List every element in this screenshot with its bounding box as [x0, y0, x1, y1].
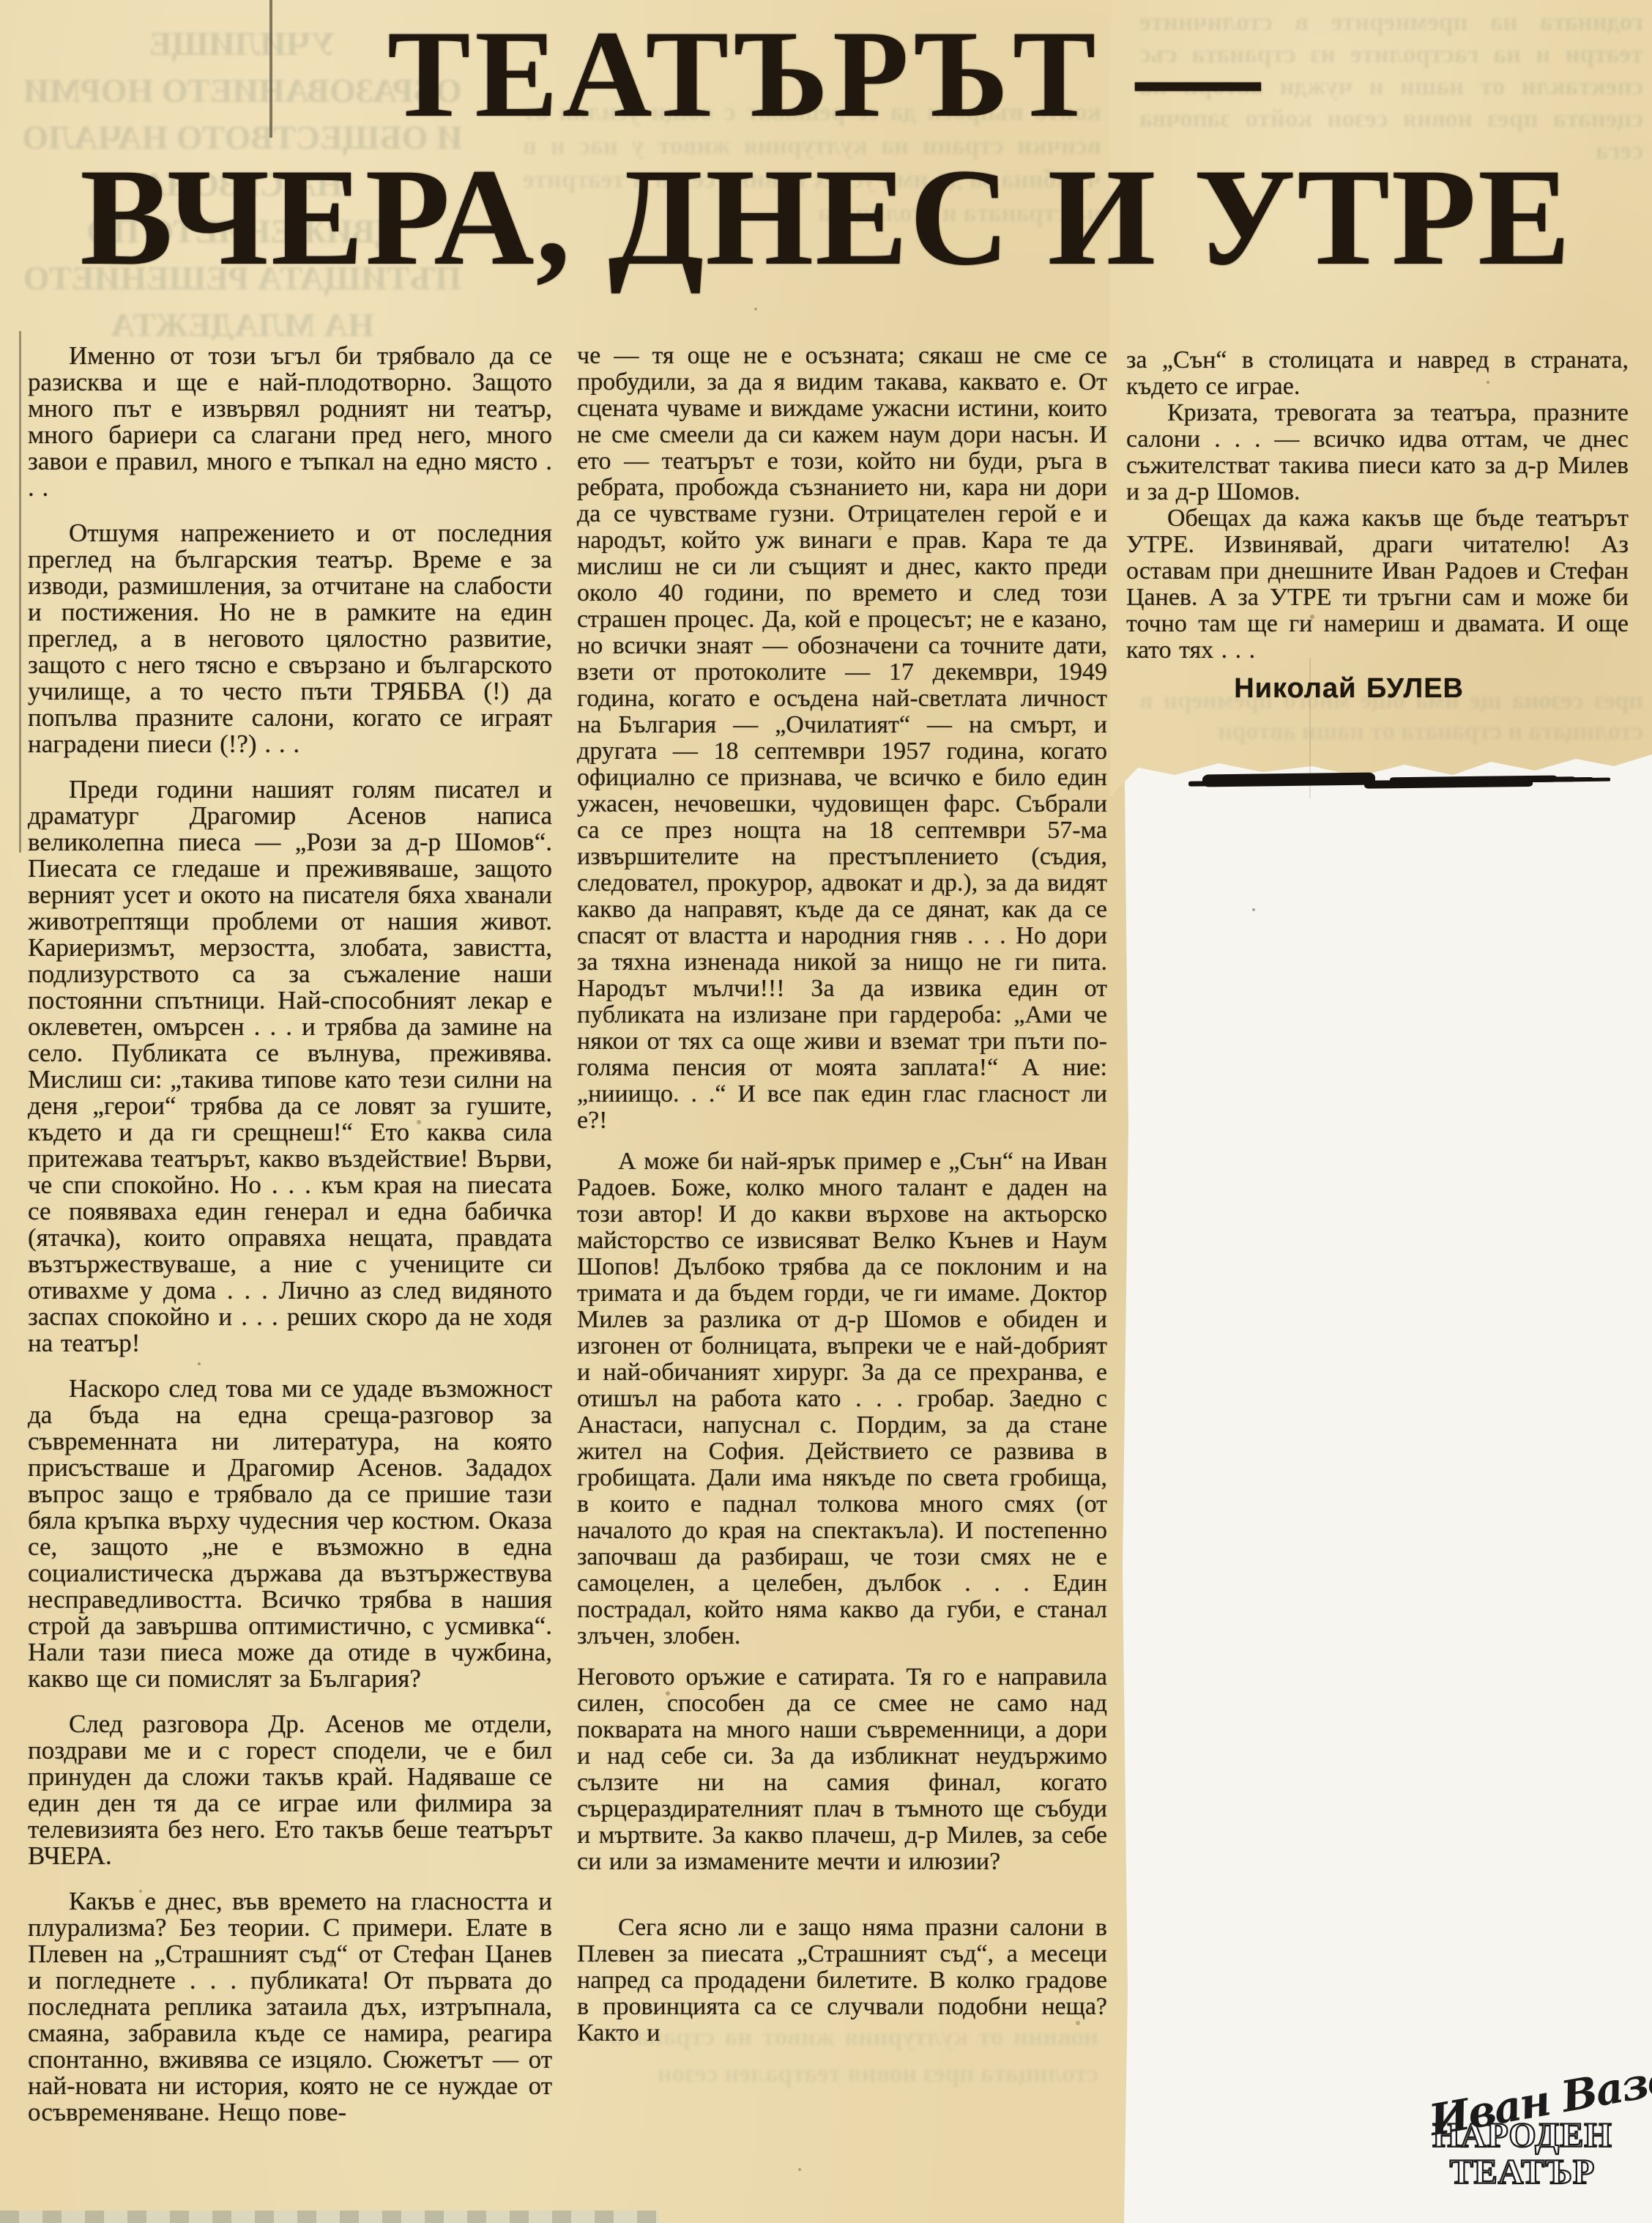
- paragraph: за „Сън“ в столицата и навред в страната…: [1126, 347, 1629, 400]
- article-title-line-2: ВЧЕРА, ДНЕС И УТРЕ: [0, 148, 1652, 287]
- paragraph: Какъв е днес, във времето на гласността …: [28, 1888, 552, 2126]
- paragraph: Неговото оръжие е сатирата. Тя го е напр…: [577, 1664, 1107, 1875]
- scanned-newspaper-page: УЧИЛИЩЕ ОБРАЗОВАНИЕТО НОРМИ И ОБЩЕСТВОТО…: [0, 0, 1652, 2223]
- paragraph: Сега ясно ли е защо няма празни салони в…: [577, 1915, 1107, 2046]
- paragraph: Кризата, тревогата за театъра, празните …: [1126, 400, 1629, 505]
- column-rule-left-edge: [19, 331, 21, 853]
- article-column-left: Именно от този ъгъл би трябвало да се ра…: [28, 343, 552, 2145]
- ink-smudge-on-torn-edge: [1202, 773, 1375, 787]
- paragraph: Именно от този ъгъл би трябвало да се ра…: [28, 343, 552, 501]
- paragraph: Преди години нашият голям писател и драм…: [28, 776, 552, 1357]
- article-title-line-1: ТЕАТЪРЪТ —: [0, 12, 1652, 136]
- paragraph: Отшумя напрежението и от последния прегл…: [28, 520, 552, 757]
- article-column-middle: че — тя още не е осъзната; сякаш не сме …: [577, 343, 1107, 2061]
- paragraph: че — тя още не е осъзната; сякаш не сме …: [577, 343, 1107, 1134]
- ivan-vazov-national-theatre-logo: Иван Вазов НАРОДЕН ТЕАТЪР: [1424, 2068, 1621, 2191]
- adjacent-clipping-edge: [0, 2211, 659, 2223]
- paragraph: Наскоро след това ми се удаде възможност…: [28, 1376, 552, 1692]
- logo-caps-line-2: ТЕАТЪР: [1424, 2154, 1621, 2191]
- author-byline: Николай БУЛЕВ: [1126, 675, 1629, 702]
- paragraph: Обещах да кажа какъв ще бъде театърът УТ…: [1126, 505, 1629, 664]
- article-column-right: за „Сън“ в столицата и навред в страната…: [1126, 347, 1629, 702]
- paragraph: А може би най-ярък пример е „Сън“ на Ива…: [577, 1148, 1107, 1649]
- paragraph: След разговора Др. Асенов ме отдели, поз…: [28, 1711, 552, 1869]
- article-title: ТЕАТЪРЪТ — ВЧЕРА, ДНЕС И УТРЕ: [0, 12, 1652, 287]
